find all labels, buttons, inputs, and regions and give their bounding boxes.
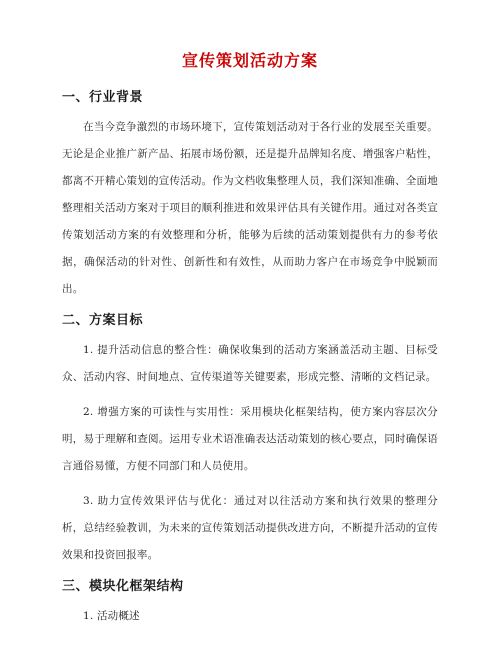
- document-page: 宣传策划活动方案 一、行业背景 在当今竞争激烈的市场环境下，宣传策划活动对于各行…: [0, 0, 500, 647]
- section-modular-framework: 三、模块化框架结构 1. 活动概述: [62, 577, 438, 630]
- section-heading-modular-framework: 三、模块化框架结构: [62, 577, 438, 595]
- paragraph-goal-1: 1. 提升活动信息的整合性：确保收集到的活动方案涵盖活动主题、目标受众、活动内容…: [62, 337, 438, 391]
- document-title: 宣传策划活动方案: [62, 50, 438, 74]
- section-heading-industry-background: 一、行业背景: [62, 88, 438, 106]
- paragraph-activity-overview: 1. 活动概述: [62, 603, 438, 630]
- paragraph-industry-background: 在当今竞争激烈的市场环境下，宣传策划活动对于各行业的发展至关重要。无论是企业推广…: [62, 114, 438, 303]
- section-industry-background: 一、行业背景 在当今竞争激烈的市场环境下，宣传策划活动对于各行业的发展至关重要。…: [62, 88, 438, 303]
- paragraph-goal-3: 3. 助力宣传效果评估与优化：通过对以往活动方案和执行效果的整理分析，总结经验教…: [62, 488, 438, 569]
- section-plan-goals: 二、方案目标 1. 提升活动信息的整合性：确保收集到的活动方案涵盖活动主题、目标…: [62, 311, 438, 569]
- paragraph-goal-2: 2. 增强方案的可读性与实用性：采用模块化框架结构，使方案内容层次分明，易于理解…: [62, 399, 438, 480]
- section-heading-plan-goals: 二、方案目标: [62, 311, 438, 329]
